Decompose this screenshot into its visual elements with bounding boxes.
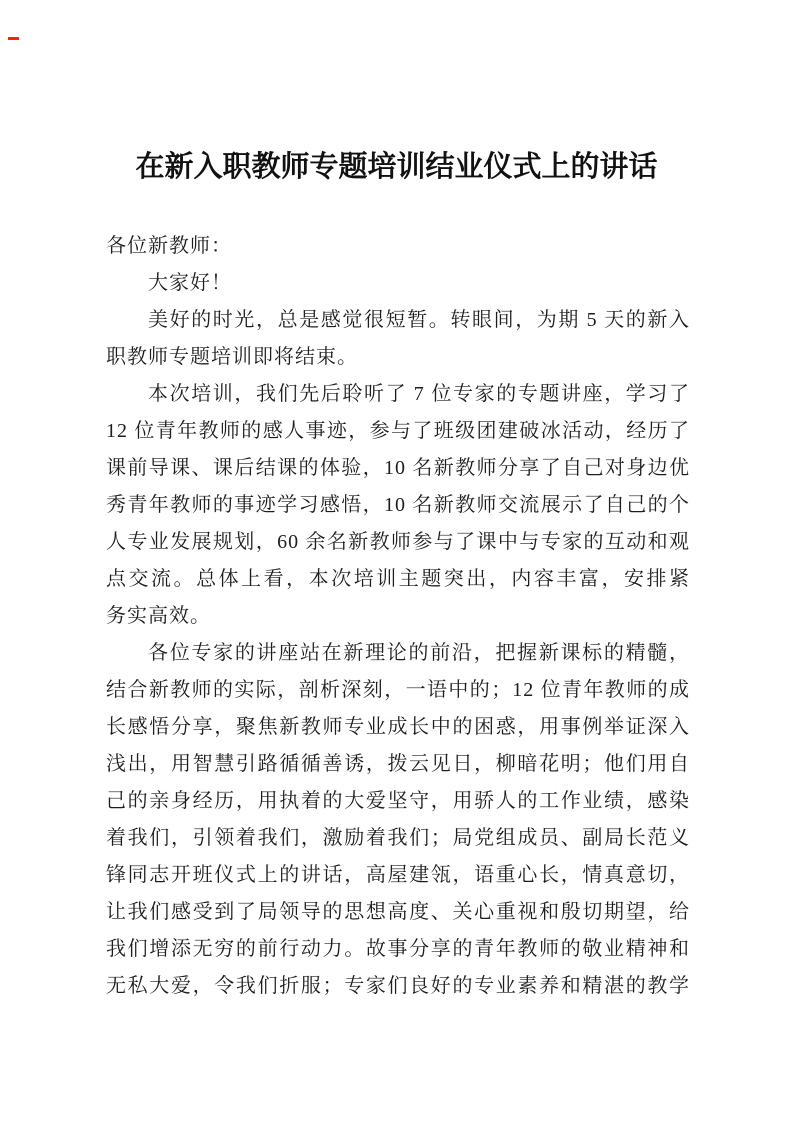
text-line: 锋同志开班仪式上的讲话，高屋建瓴，语重心长，情真意切，: [106, 857, 690, 894]
text-line: 人专业发展规划，60 余名新教师参与了课中与专家的互动和观: [106, 524, 690, 561]
text-line: 己的亲身经历，用执着的大爱坚守，用骄人的工作业绩，感染: [106, 783, 690, 820]
text-line: 大家好！: [106, 265, 690, 302]
text-line: 秀青年教师的事迹学习感悟，10 名新教师交流展示了自己的个: [106, 487, 690, 524]
text-line: 我们增添无穷的前行动力。故事分享的青年教师的敬业精神和: [106, 931, 690, 968]
text-line: 着我们，引领着我们，激励着我们；局党组成员、副局长范义: [106, 820, 690, 857]
red-dash-artifact: [8, 37, 19, 40]
text-line: 各位专家的讲座站在新理论的前沿，把握新课标的精髓，: [106, 635, 690, 672]
text-line: 务实高效。: [106, 598, 690, 635]
text-line: 浅出，用智慧引路循循善诱，拨云见日，柳暗花明；他们用自: [106, 746, 690, 783]
text-line: 课前导课、课后结课的体验，10 名新教师分享了自己对身边优: [106, 450, 690, 487]
text-line: 本次培训，我们先后聆听了 7 位专家的专题讲座，学习了: [106, 376, 690, 413]
document-title: 在新入职教师专题培训结业仪式上的讲话: [0, 147, 793, 187]
document-body: 各位新教师：大家好！美好的时光，总是感觉很短暂。转眼间，为期 5 天的新入职教师…: [106, 228, 690, 1005]
text-line: 美好的时光，总是感觉很短暂。转眼间，为期 5 天的新入: [106, 302, 690, 339]
text-line: 结合新教师的实际，剖析深刻，一语中的；12 位青年教师的成: [106, 672, 690, 709]
text-line: 职教师专题培训即将结束。: [106, 339, 690, 376]
text-line: 让我们感受到了局领导的思想高度、关心重视和殷切期望，给: [106, 894, 690, 931]
text-line: 12 位青年教师的感人事迹，参与了班级团建破冰活动，经历了: [106, 413, 690, 450]
text-line: 无私大爱，令我们折服；专家们良好的专业素养和精湛的教学: [106, 968, 690, 1005]
text-line: 点交流。总体上看，本次培训主题突出，内容丰富，安排紧凑，: [106, 561, 690, 598]
text-line: 长感悟分享，聚焦新教师专业成长中的困惑，用事例举证深入: [106, 709, 690, 746]
text-line: 各位新教师：: [106, 228, 690, 265]
document-page: 在新入职教师专题培训结业仪式上的讲话 各位新教师：大家好！美好的时光，总是感觉很…: [0, 0, 793, 1122]
